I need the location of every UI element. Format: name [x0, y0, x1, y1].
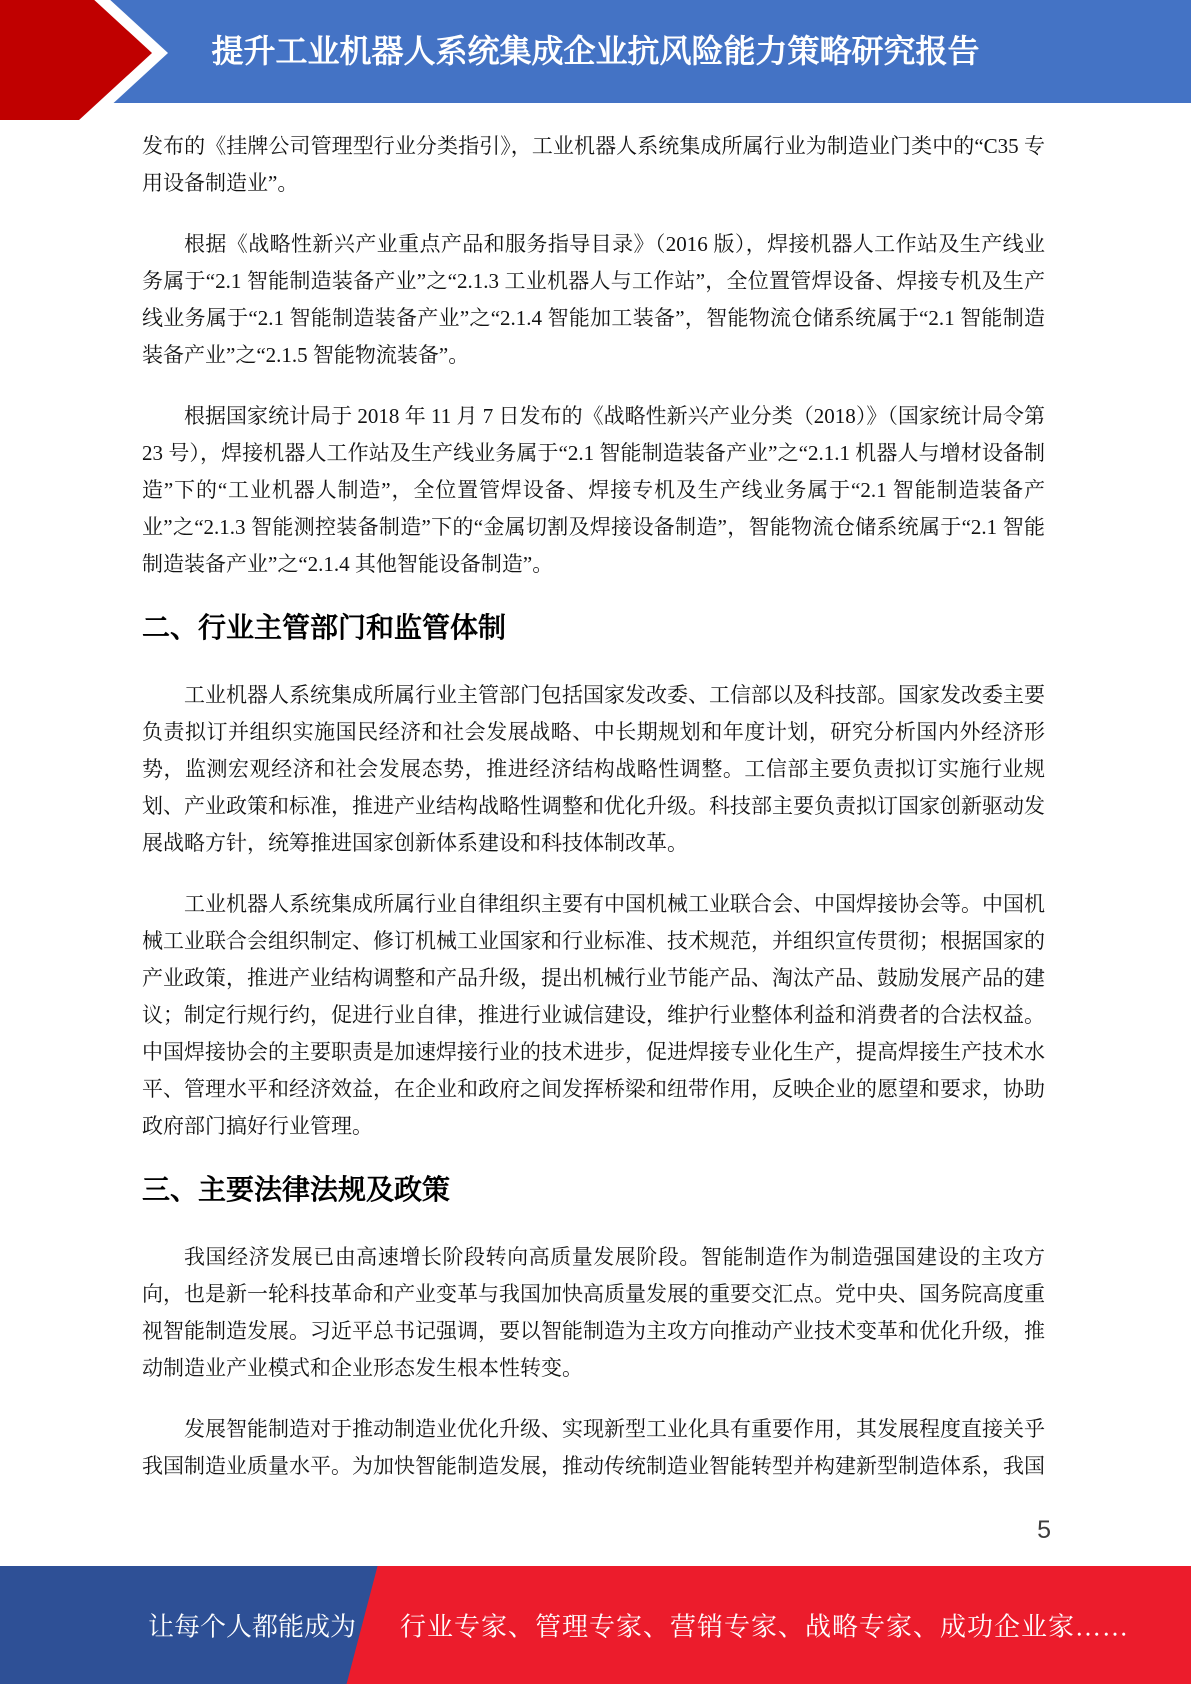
- body-paragraph: 根据《战略性新兴产业重点产品和服务指导目录》（2016 版），焊接机器人工作站及…: [142, 226, 1045, 374]
- report-page: 提升工业机器人系统集成企业抗风险能力策略研究报告 发布的《挂牌公司管理型行业分类…: [0, 0, 1191, 1684]
- page-number: 5: [1037, 1516, 1051, 1545]
- body-paragraph: 我国经济发展已由高速增长阶段转向高质量发展阶段。智能制造作为制造强国建设的主攻方…: [142, 1239, 1045, 1387]
- body-paragraph: 工业机器人系统集成所属行业自律组织主要有中国机械工业联合会、中国焊接协会等。中国…: [142, 886, 1045, 1145]
- body-paragraph: 工业机器人系统集成所属行业主管部门包括国家发改委、工信部以及科技部。国家发改委主…: [142, 677, 1045, 862]
- page-footer-banner: 让每个人都能成为 行业专家、管理专家、营销专家、战略专家、成功企业家……: [0, 1566, 1191, 1684]
- page-header-banner: 提升工业机器人系统集成企业抗风险能力策略研究报告: [0, 0, 1191, 103]
- section-heading-2: 二、行业主管部门和监管体制: [142, 607, 1045, 649]
- body-paragraph: 发展智能制造对于推动制造业优化升级、实现新型工业化具有重要作用，其发展程度直接关…: [142, 1411, 1045, 1485]
- footer-slogan-left: 让每个人都能成为: [148, 1607, 356, 1644]
- body-paragraph: 根据国家统计局于 2018 年 11 月 7 日发布的《战略性新兴产业分类（20…: [142, 398, 1045, 583]
- body-paragraph: 发布的《挂牌公司管理型行业分类指引》，工业机器人系统集成所属行业为制造业门类中的…: [142, 128, 1045, 202]
- document-body: 发布的《挂牌公司管理型行业分类指引》，工业机器人系统集成所属行业为制造业门类中的…: [142, 128, 1045, 1509]
- section-heading-3: 三、主要法律法规及政策: [142, 1169, 1045, 1211]
- report-title: 提升工业机器人系统集成企业抗风险能力策略研究报告: [0, 26, 1191, 72]
- footer-slogan-right: 行业专家、管理专家、营销专家、战略专家、成功企业家……: [400, 1607, 1129, 1644]
